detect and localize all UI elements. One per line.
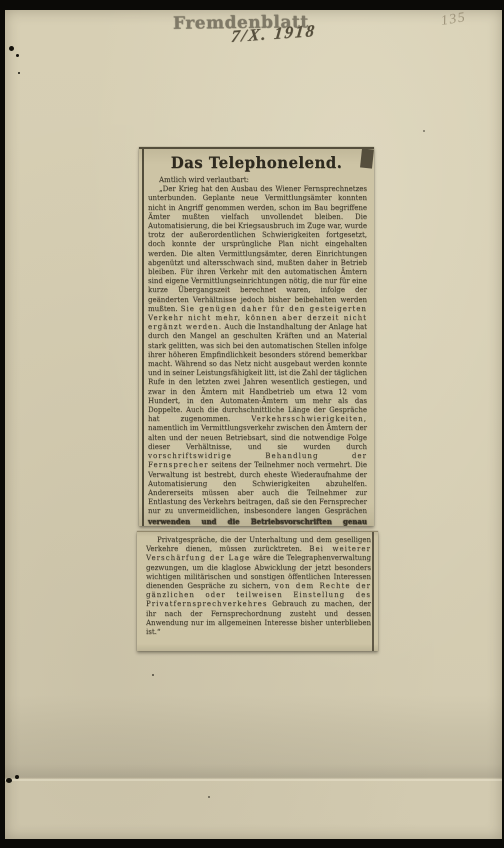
paper-fold-crease bbox=[5, 695, 502, 779]
ink-speck bbox=[152, 674, 154, 676]
ink-speck bbox=[15, 775, 19, 779]
article-body-upper: Amtlich wird verlautbart:„Der Krieg hat … bbox=[139, 175, 374, 526]
article-body-lower: Privatgespräche, die der Unterhaltung un… bbox=[137, 532, 378, 637]
article-paragraph: Amtlich wird verlautbart: bbox=[148, 176, 367, 185]
column-rule-right bbox=[372, 532, 374, 651]
album-page: Fremdenblatt 7/X. 1918 135 Das Telephone… bbox=[5, 10, 502, 839]
article-paragraph: Privatgespräche, die der Unterhaltung un… bbox=[146, 536, 371, 637]
article-paragraph: „Der Krieg hat den Ausbau des Wiener Fer… bbox=[148, 185, 367, 526]
paper-fold-highlight bbox=[5, 779, 502, 781]
ink-speck bbox=[18, 72, 20, 74]
ink-speck bbox=[6, 778, 12, 783]
clipping-piece-lower: Privatgespräche, die der Unterhaltung un… bbox=[137, 531, 378, 651]
clipping-piece-upper: Das Telephonelend. Amtlich wird verlautb… bbox=[139, 147, 374, 526]
article-headline: Das Telephonelend. bbox=[147, 154, 366, 173]
ink-speck bbox=[16, 54, 19, 57]
ink-speck bbox=[423, 130, 425, 132]
folio-page-number: 135 bbox=[440, 10, 468, 30]
ink-speck bbox=[208, 796, 210, 798]
ink-speck bbox=[9, 46, 14, 51]
column-rule-left bbox=[142, 149, 144, 526]
